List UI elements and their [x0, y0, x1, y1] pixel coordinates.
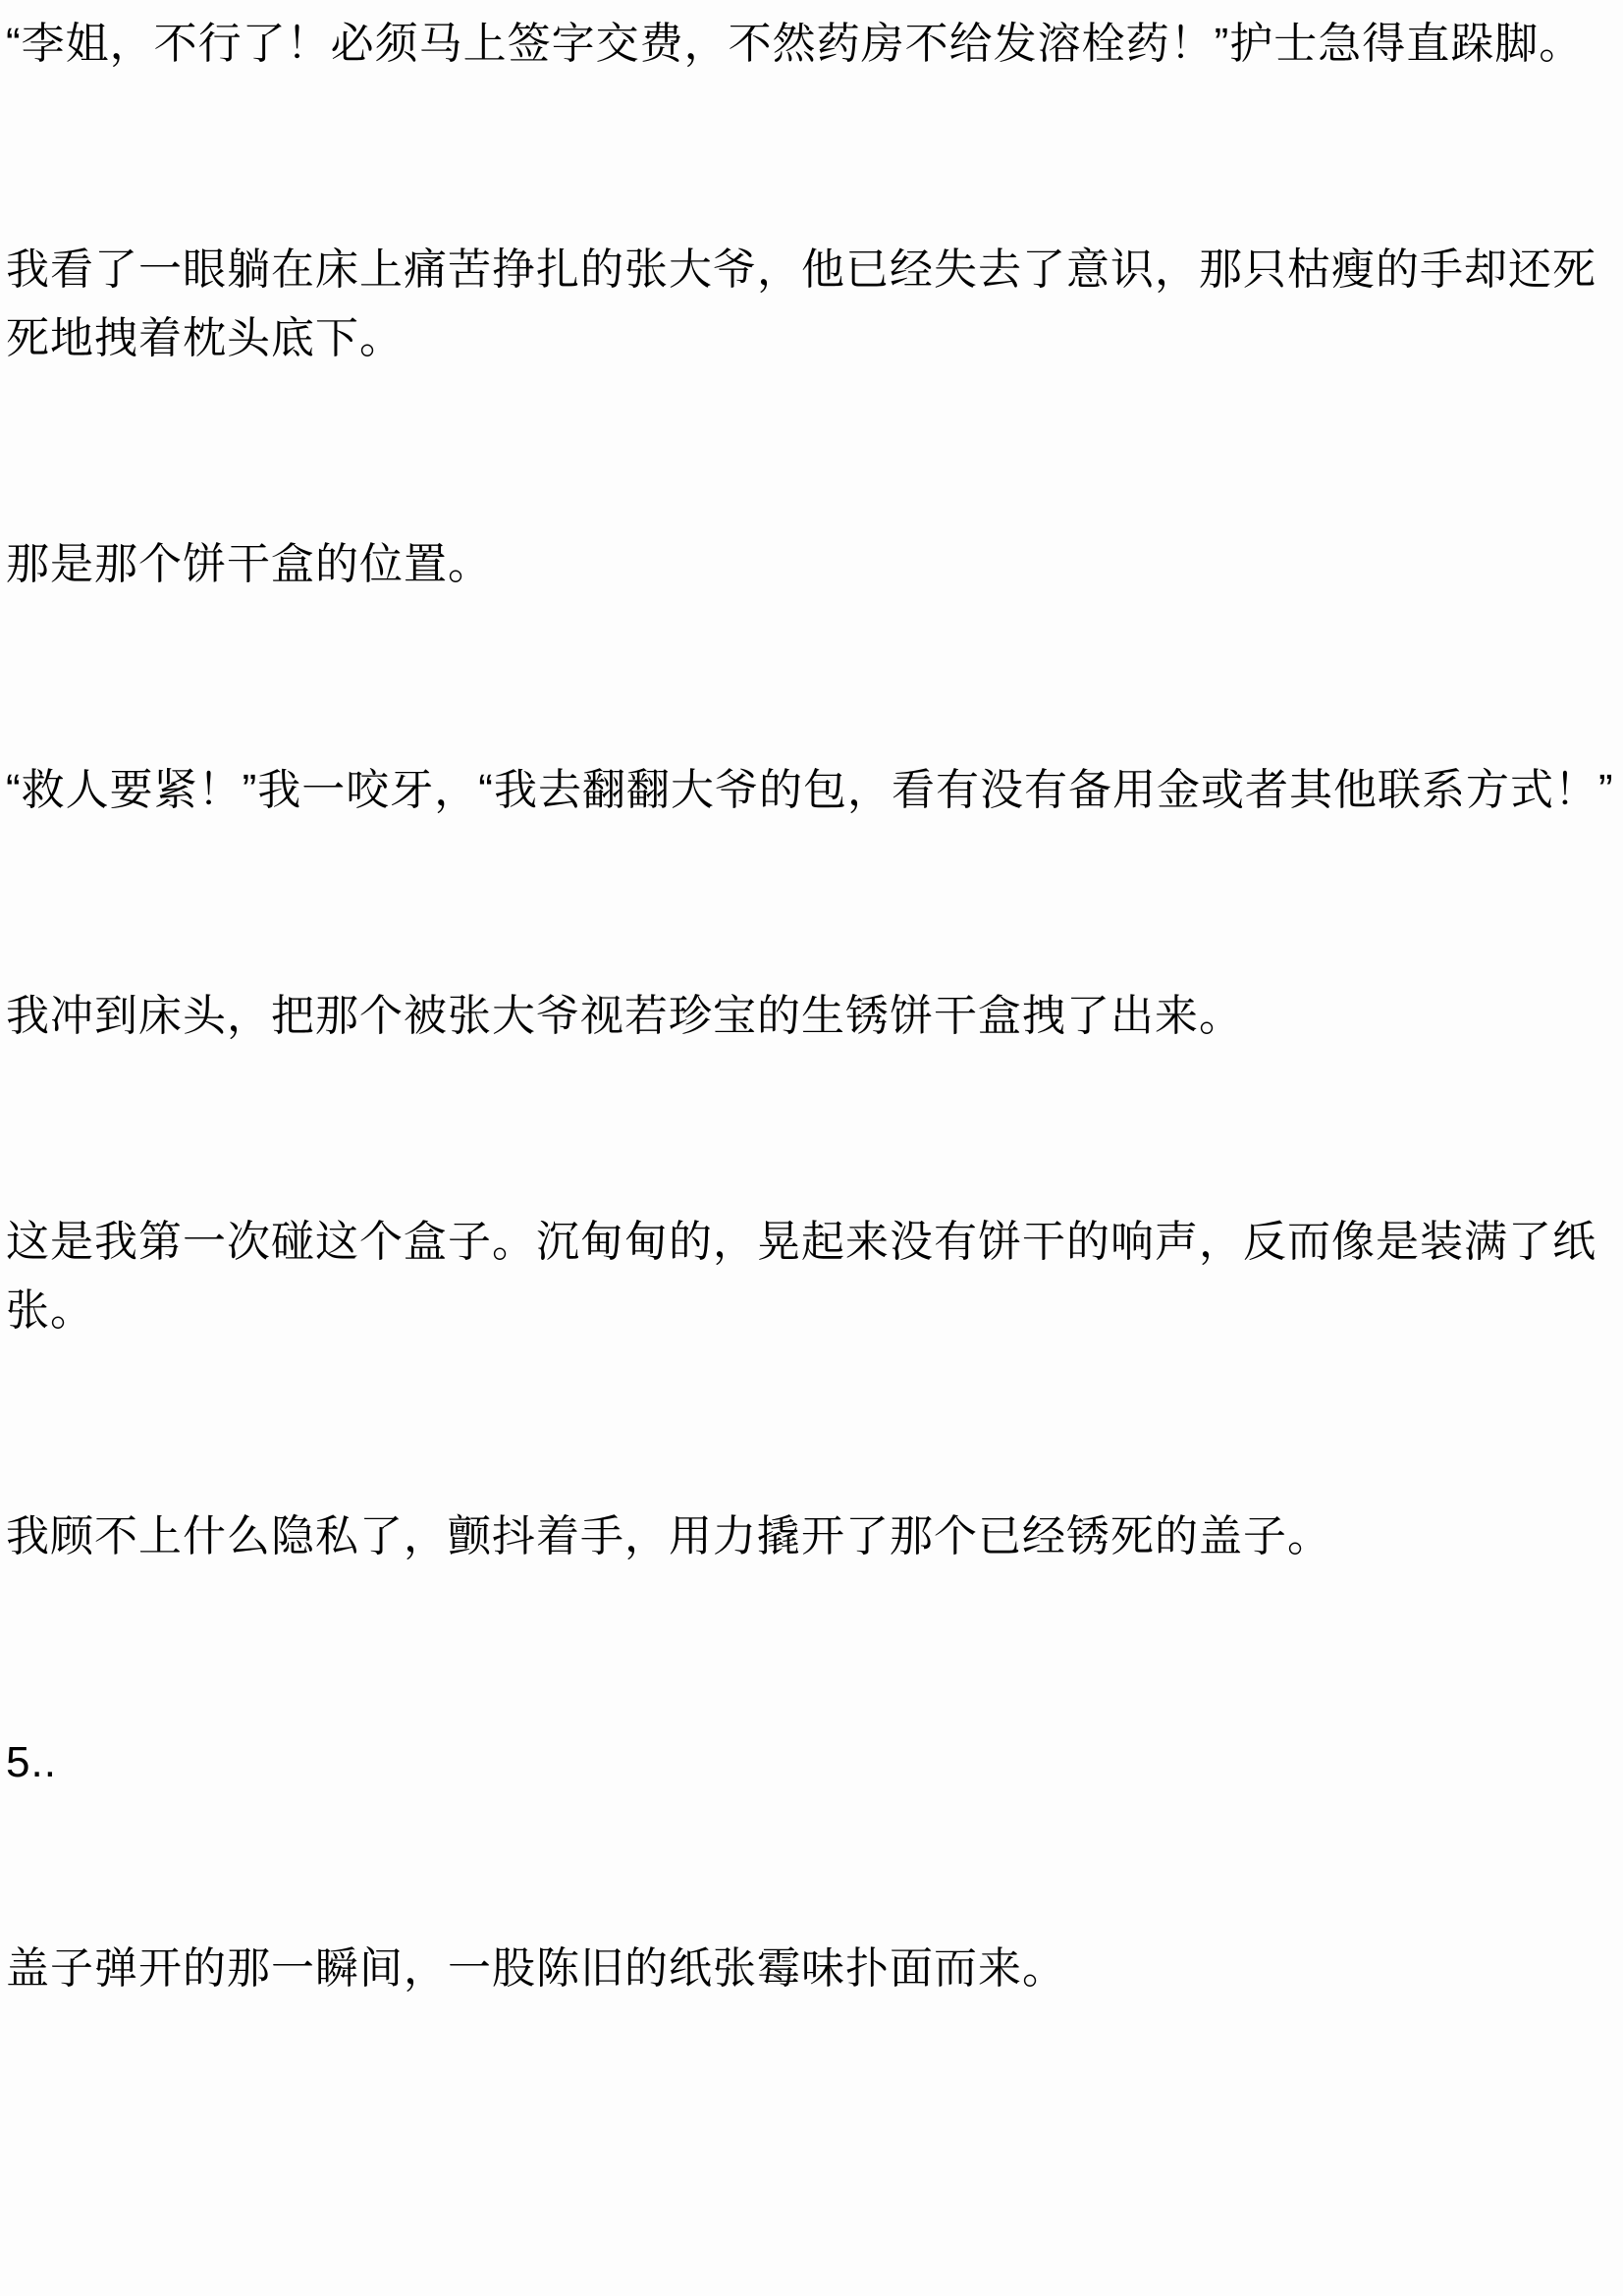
section-number: 5.. — [6, 1728, 1617, 1797]
paragraph-dialogue-nurse: “李姐，不行了！必须马上签字交费，不然药房不给发溶栓药！”护士急得直跺脚。 — [6, 10, 1617, 79]
novel-text-page: “李姐，不行了！必须马上签字交费，不然药房不给发溶栓药！”护士急得直跺脚。 我看… — [0, 0, 1623, 2296]
paragraph-narration-grab-box: 我冲到床头，把那个被张大爷视若珍宝的生锈饼干盒拽了出来。 — [6, 982, 1617, 1051]
paragraph-narration-pry-lid: 我顾不上什么隐私了，颤抖着手，用力撬开了那个已经锈死的盖子。 — [6, 1503, 1617, 1571]
paragraph-narration-lid-open: 盖子弹开的那一瞬间，一股陈旧的纸张霉味扑面而来。 — [6, 1935, 1617, 2003]
paragraph-narration-bed: 我看了一眼躺在床上痛苦挣扎的张大爷，他已经失去了意识，那只枯瘦的手却还死死地拽着… — [6, 236, 1617, 373]
paragraph-narration-box-weight: 这是我第一次碰这个盒子。沉甸甸的，晃起来没有饼干的响声，反而像是装满了纸张。 — [6, 1208, 1617, 1345]
paragraph-dialogue-protagonist: “救人要紧！”我一咬牙，“我去翻翻大爷的包，看有没有备用金或者其他联系方式！” — [6, 756, 1617, 825]
paragraph-narration-box-position: 那是那个饼干盒的位置。 — [6, 530, 1617, 599]
